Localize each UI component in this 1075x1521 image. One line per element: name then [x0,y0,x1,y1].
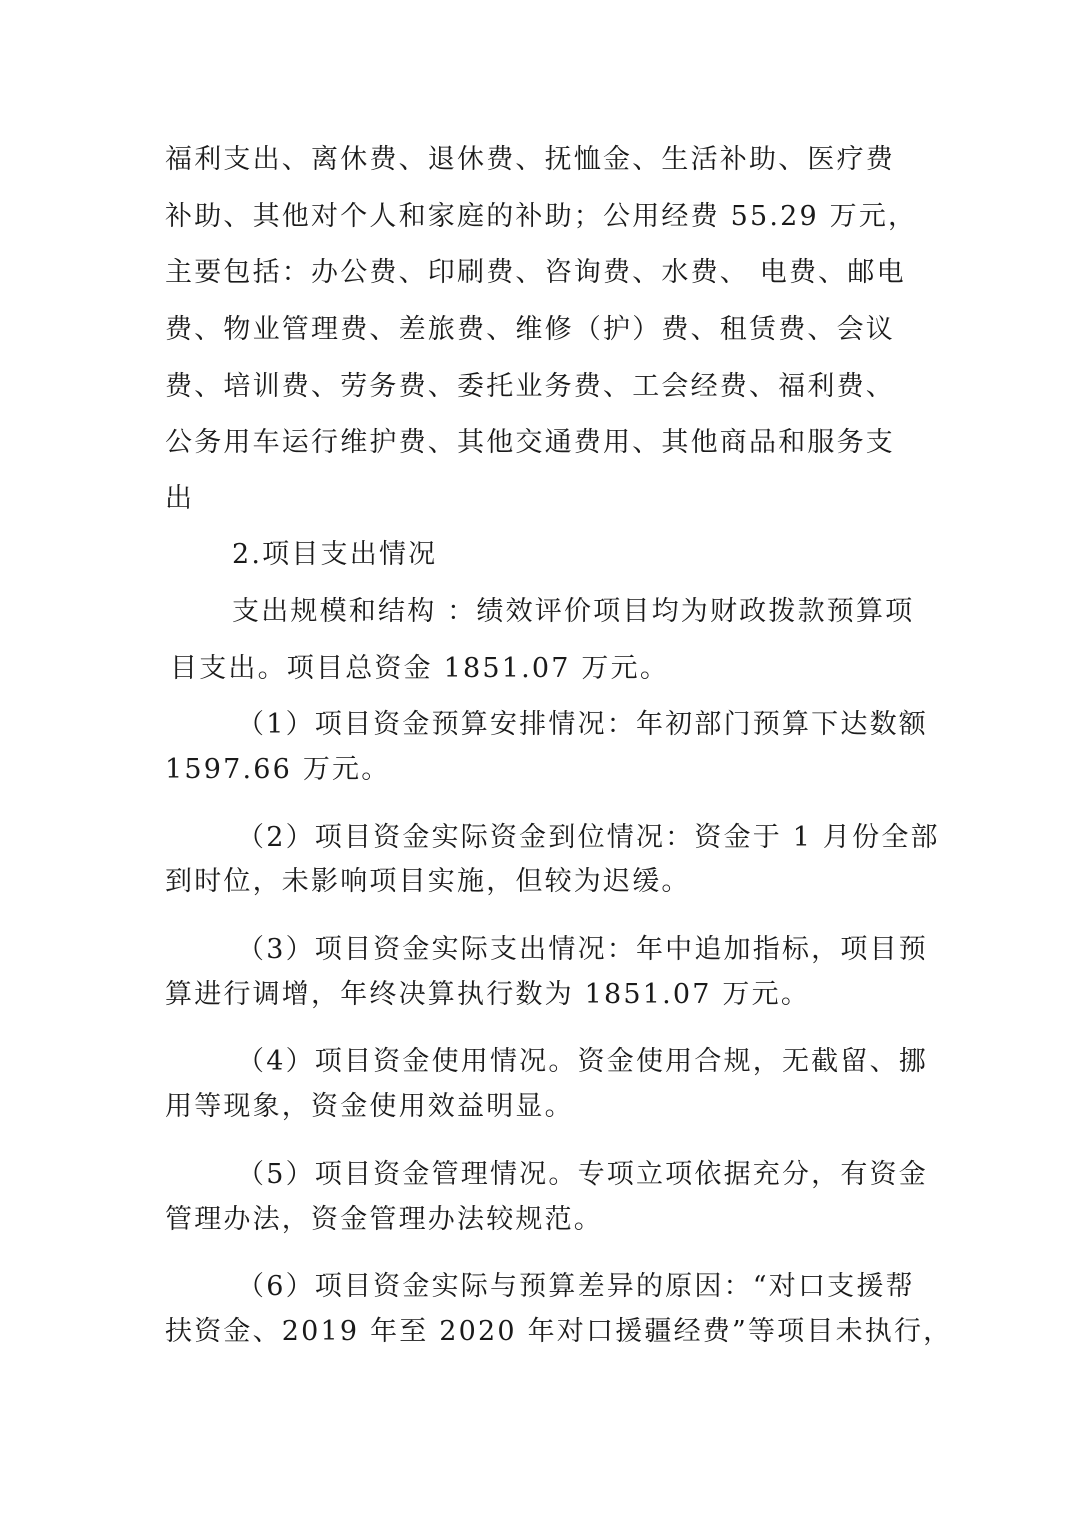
paragraph-line: 费、物业管理费、差旅费、维修（护）费、租赁费、会议 [165,313,915,347]
list-item-1-cont: 1597.66 万元。 [165,753,915,787]
list-item-6: （6）项目资金实际与预算差异的原因：“对口支援帮 [237,1270,987,1304]
paragraph-line: 公务用车运行维护费、其他交通费用、其他商品和服务支 [165,426,915,460]
list-item-5: （5）项目资金管理情况。专项立项依据充分，有资金 [237,1158,987,1192]
list-item-6-cont: 扶资金、2019 年至 2020 年对口援疆经费”等项目未执行， [165,1315,915,1349]
paragraph-line: 支出规模和结构 ：绩效评价项目均为财政拨款预算项 [232,595,982,629]
paragraph-line: 补助、其他对个人和家庭的补助；公用经费 55.29 万元， [165,200,915,234]
document-page: 福利支出、离休费、退休费、抚恤金、生活补助、医疗费 补助、其他对个人和家庭的补助… [0,0,1075,1521]
list-item-4-cont: 用等现象，资金使用效益明显。 [165,1090,915,1124]
list-item-2-cont: 到时位，未影响项目实施，但较为迟缓。 [165,865,915,899]
list-item-3: （3）项目资金实际支出情况：年中追加指标，项目预 [237,933,987,967]
list-item-5-cont: 管理办法，资金管理办法较规范。 [165,1203,915,1237]
paragraph-line: 出 [165,482,915,516]
paragraph-line: 费、培训费、劳务费、委托业务费、工会经费、福利费、 [165,370,915,404]
list-item-4: （4）项目资金使用情况。资金使用合规，无截留、挪 [237,1045,987,1079]
paragraph-line: 主要包括：办公费、印刷费、咨询费、水费、 电费、邮电 [165,256,915,290]
section-heading: 2.项目支出情况 [232,538,982,572]
paragraph-line: 福利支出、离休费、退休费、抚恤金、生活补助、医疗费 [165,143,915,177]
list-item-1: （1）项目资金预算安排情况：年初部门预算下达数额 [237,708,987,742]
list-item-2: （2）项目资金实际资金到位情况：资金于 1 月份全部 [237,821,987,855]
paragraph-line: 目支出。项目总资金 1851.07 万元。 [170,652,920,686]
list-item-3-cont: 算进行调增，年终决算执行数为 1851.07 万元。 [165,978,915,1012]
